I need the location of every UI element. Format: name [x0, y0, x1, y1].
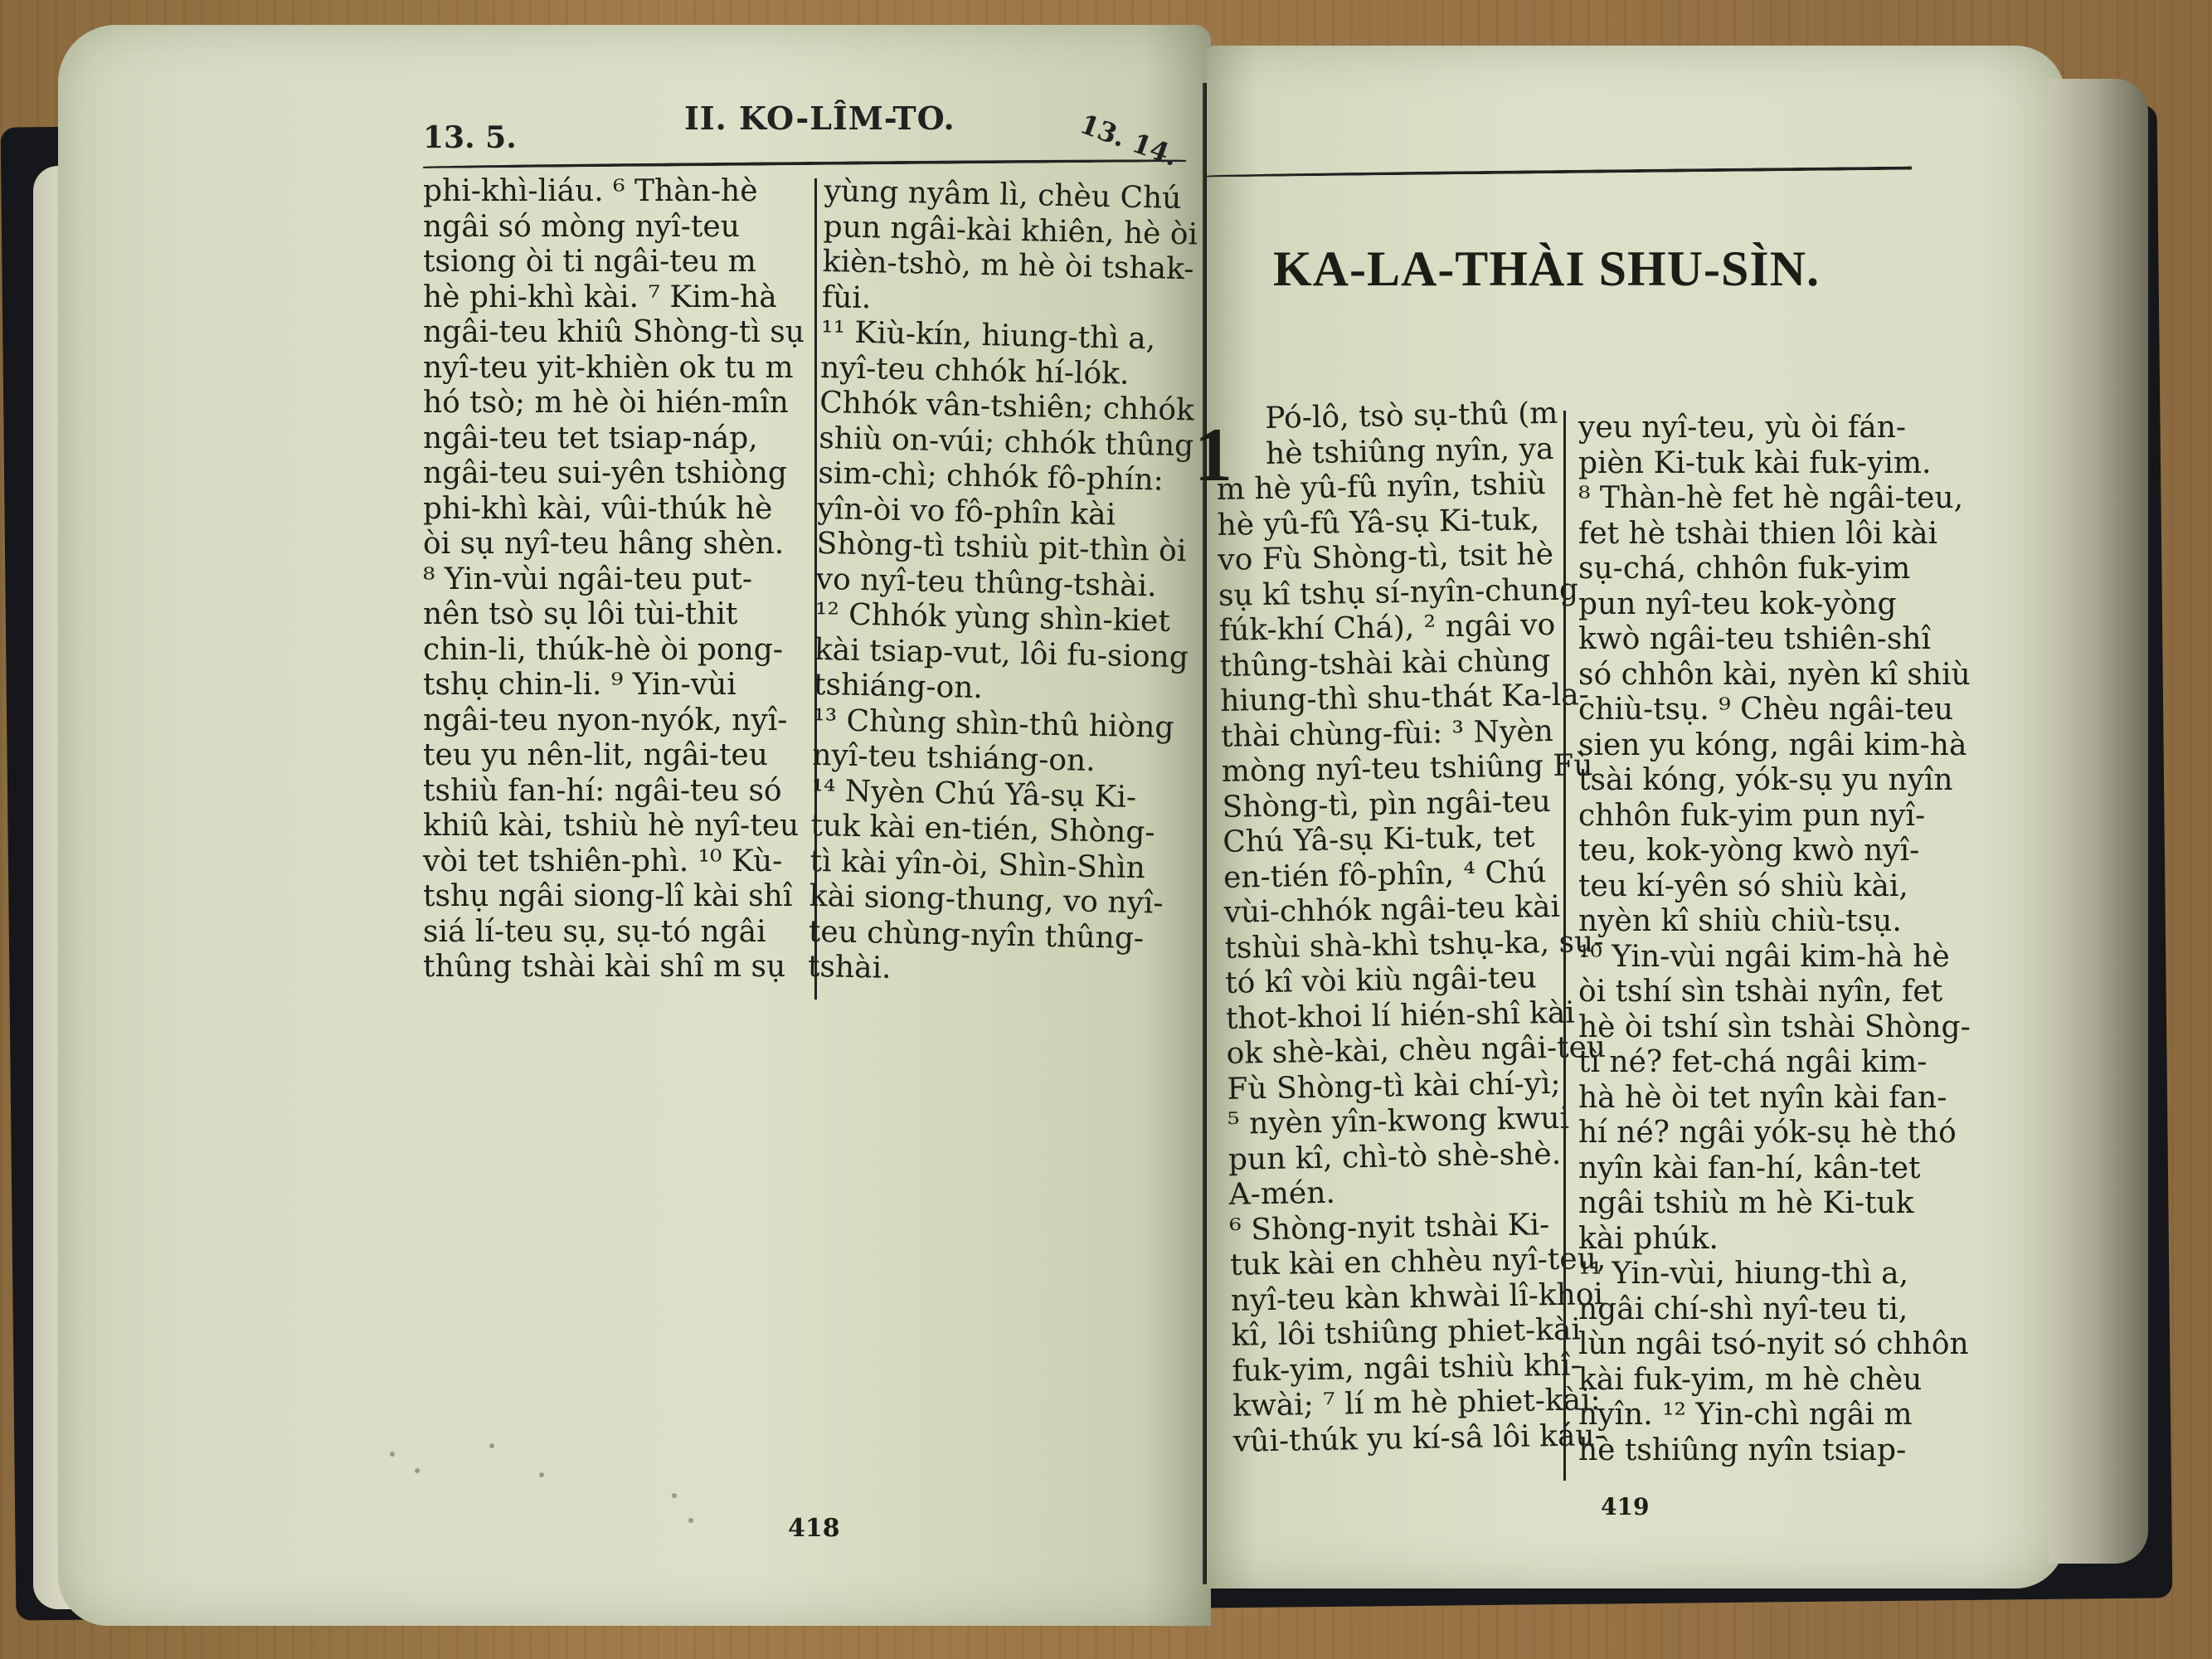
text-line: kî, lôi tshiûng phiet-kài: [1231, 1312, 1597, 1354]
text-line: hiung-thì shu-thát Ka-la-: [1220, 678, 1586, 719]
text-line: kài phúk.: [1578, 1222, 1968, 1258]
text-line: teu kí-yên só shiù kài,: [1578, 869, 1968, 905]
text-line: siá lí-teu sụ, sụ-tó ngâi: [423, 915, 821, 951]
running-head-left-ref: 13. 5.: [423, 120, 517, 155]
text-line: chhôn fuk-yim pun nyî-: [1578, 799, 1968, 834]
text-line: teu yu nên-lit, ngâi-teu: [423, 738, 821, 774]
text-line: vûi-thúk yu kí-sâ lôi káu-: [1233, 1418, 1599, 1460]
page-number-left: 418: [788, 1514, 840, 1543]
text-line: vòi tet tshiên-phì. ¹⁰ Kù-: [423, 844, 821, 880]
text-line: kài fuk-yim, m hè chèu: [1578, 1363, 1968, 1399]
right-page-column-1: Pó-lô, tsò sụ-thû (mhè tshiûng nyîn, yam…: [1215, 396, 1598, 1459]
text-line: ngâi-teu tet tsiap-náp,: [423, 421, 821, 457]
text-line: hó tsò; m hè òi hién-mîn: [423, 386, 821, 421]
text-line: hà hè òi tet nyîn kài fan-: [1578, 1081, 1968, 1117]
running-head-book: II. KO-LÎM-TO.: [684, 100, 955, 137]
left-page-column-1: phi-khì-liáu. ⁶ Thàn-hèngâi só mòng nyî-…: [423, 174, 821, 985]
right-page: KA-LA-THÀI SHU-SÌN. 1 Pó-lô, tsò sụ-thû …: [1207, 46, 2065, 1588]
text-line: tsài kóng, yók-sụ yu nyîn: [1578, 763, 1968, 799]
text-line: sụ-chá, chhôn fuk-yim: [1578, 552, 1968, 587]
text-line: ⁸ Yin-vùi ngâi-teu put-: [423, 562, 821, 598]
column-divider-right: [1563, 411, 1566, 1481]
text-line: ngâi-teu nyon-nyók, nyî-: [423, 703, 821, 739]
text-line: ⁵ nyèn yîn-kwong kwui: [1228, 1101, 1593, 1142]
text-line: ¹⁰ Yin-vùi ngâi kim-hà hè: [1578, 940, 1968, 975]
text-line: ⁸ Thàn-hè fet hè ngâi-teu,: [1578, 481, 1968, 517]
text-line: teu, kok-yòng kwò nyî-: [1578, 834, 1968, 869]
text-line: Pó-lô, tsò sụ-thû (m: [1215, 396, 1581, 437]
text-line: tó kî vòi kiù ngâi-teu: [1225, 960, 1591, 1001]
text-line: hè tshiûng nyîn tsiap-: [1578, 1433, 1968, 1469]
left-page-column-2: yùng nyâm lì, chèu Chúpun ngâi-kài khiên…: [808, 174, 1189, 993]
text-line: pun nyî-teu kok-yòng: [1578, 587, 1968, 623]
text-line: tsiong òi ti ngâi-teu m: [423, 245, 821, 280]
text-line: pièn Ki-tuk kài fuk-yim.: [1578, 446, 1968, 482]
text-line: nên tsò sụ lôi tùi-thit: [423, 597, 821, 633]
text-line: pun kî, chì-tò shè-shè.: [1228, 1136, 1594, 1178]
text-line: nyèn kî shiù chiù-tsụ.: [1578, 904, 1968, 940]
text-line: nyîn. ¹² Yin-chì ngâi m: [1578, 1398, 1968, 1433]
left-page: 13. 5. II. KO-LÎM-TO. 13. 14. phi-khì-li…: [58, 25, 1211, 1626]
text-line: ok shè-kài, chèu ngâi-teu: [1226, 1030, 1592, 1072]
page-number-right: 419: [1601, 1493, 1649, 1520]
text-line: ¹¹ Yin-vùi, hiung-thì a,: [1578, 1257, 1968, 1292]
text-line: kwò ngâi-teu tshiên-shî: [1578, 622, 1968, 658]
right-page-column-2: yeu nyî-teu, yù òi fán-pièn Ki-tuk kài f…: [1578, 411, 1968, 1468]
header-rule: [423, 158, 1186, 168]
text-line: m hè yû-fû nyîn, tshiù: [1216, 466, 1582, 508]
text-line: chiù-tsụ. ⁹ Chèu ngâi-teu: [1578, 693, 1968, 728]
text-line: lùn ngâi tsó-nyit só chhôn: [1578, 1327, 1968, 1363]
text-line: yeu nyî-teu, yù òi fán-: [1578, 411, 1968, 446]
text-line: tuk kài en chhèu nyî-teu,: [1230, 1242, 1596, 1283]
text-line: hè òi tshí sìn tshài Shòng-: [1578, 1010, 1968, 1046]
book-title: KA-LA-THÀI SHU-SÌN.: [1273, 241, 1820, 298]
text-line: vùi-chhók ngâi-teu kài: [1223, 889, 1589, 931]
text-line: fúk-khí Chá), ² ngâi vo: [1218, 607, 1584, 649]
text-line: ngâi-teu sui-yên tshiòng: [423, 456, 821, 492]
text-line: tshụ ngâi siong-lî kài shî: [423, 879, 821, 915]
text-line: nyî-teu yit-khièn ok tu m: [423, 351, 821, 387]
text-line: vo Fù Shòng-tì, tsit hè: [1218, 537, 1583, 578]
text-line: fet hè tshài thien lôi kài: [1578, 517, 1968, 552]
text-line: só chhôn kài, nyèn kî shiù: [1578, 658, 1968, 693]
text-line: tshiù fan-hí: ngâi-teu só: [423, 774, 821, 810]
text-line: ngâi-teu khiû Shòng-tì sụ: [423, 315, 821, 351]
text-line: hí né? ngâi yók-sụ hè thó: [1578, 1116, 1968, 1151]
text-line: thûng tshài kài shî m sụ: [423, 950, 821, 985]
header-rule-right: [1207, 167, 1912, 178]
text-line: Chú Yâ-sụ Ki-tuk, tet: [1223, 819, 1588, 860]
text-line: ngâi chí-shì nyî-teu ti,: [1578, 1292, 1968, 1328]
text-line: kwài; ⁷ lí m hè phiet-kài:: [1232, 1383, 1598, 1424]
text-line: òi sụ nyî-teu hâng shèn.: [423, 527, 821, 562]
text-line: ngâi tshiù m hè Ki-tuk: [1578, 1186, 1968, 1222]
text-line: hè phi-khì kài. ⁷ Kim-hà: [423, 280, 821, 316]
text-line: òi tshí sìn tshài nyîn, fet: [1578, 975, 1968, 1010]
text-line: mòng nyî-teu tshiûng Fù: [1221, 748, 1587, 790]
text-line: sien yu kóng, ngâi kim-hà: [1578, 728, 1968, 764]
text-line: nyîn kài fan-hí, kân-tet: [1578, 1151, 1968, 1187]
text-line: khiû kài, tshiù hè nyî-teu: [423, 809, 821, 844]
text-line: tshụ chin-li. ⁹ Yin-vùi: [423, 668, 821, 703]
text-line: phi-khì-liáu. ⁶ Thàn-hè: [423, 174, 821, 210]
text-line: tì né? fet-chá ngâi kim-: [1578, 1045, 1968, 1081]
text-line: phi-khì kài, vûi-thúk hè: [423, 492, 821, 528]
text-line: chin-li, thúk-hè òi pong-: [423, 633, 821, 669]
right-page-edges: [2049, 79, 2148, 1564]
running-head-right-ref: 13. 14.: [1076, 108, 1182, 173]
text-line: ngâi só mòng nyî-teu: [423, 210, 821, 246]
